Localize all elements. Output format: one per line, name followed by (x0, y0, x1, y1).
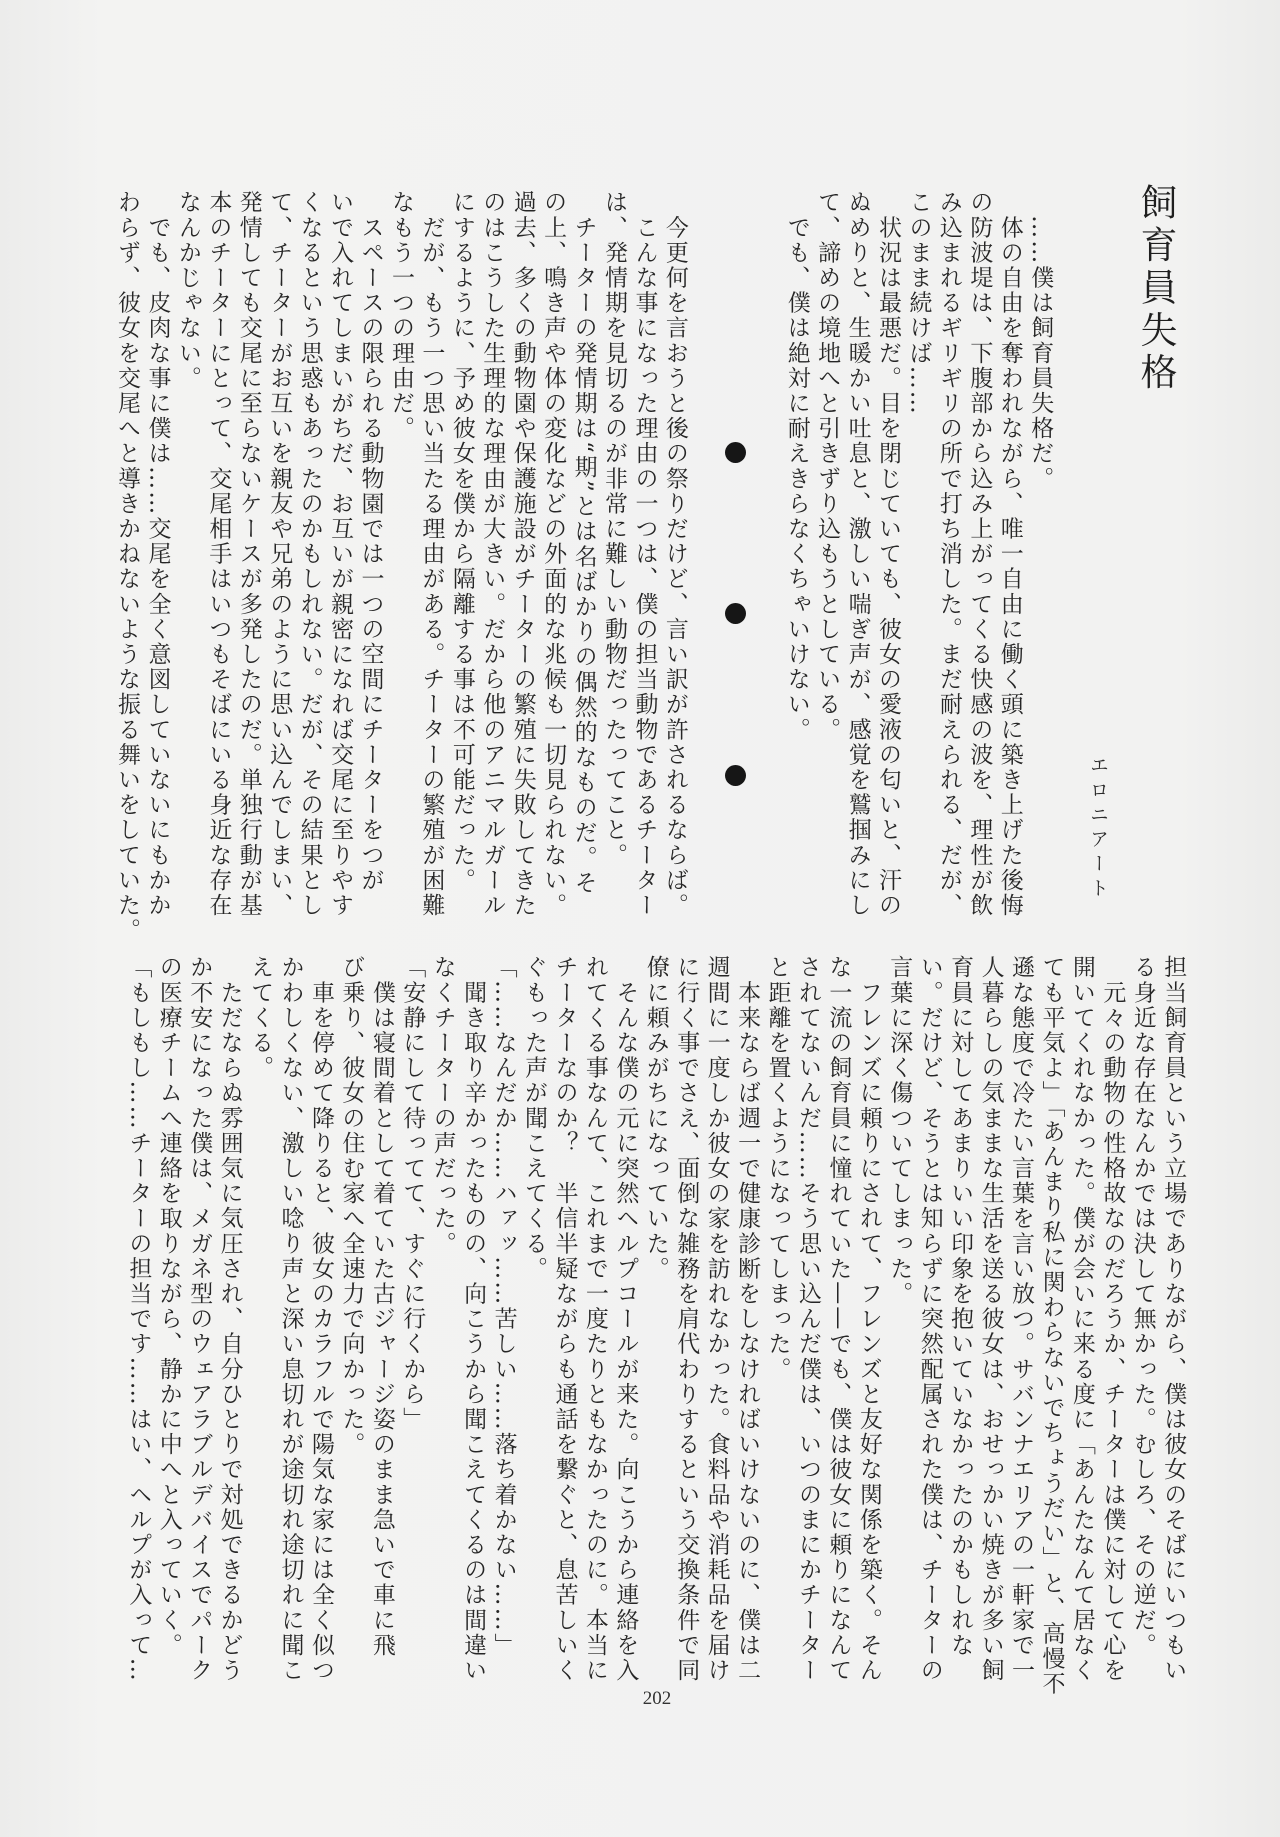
text-column: のはこうした生理的な理由が大きい。だから他のアニマルガール (477, 190, 507, 918)
text-column: だが、もう一つ思い当たる理由がある。チーターの繁殖が困難 (416, 190, 446, 918)
text-column: か不安になった僕は、メガネ型のウェアラブルデバイスでパーク (184, 955, 214, 1683)
text-column: 言葉に深く傷ついてしまった。 (884, 955, 914, 1683)
text-column: いで入れてしまいがちだ、お互いが親密になれば交尾に至りやす (325, 190, 355, 918)
text-column: 遜な態度で冷たい言葉を言い放つ。サバンナエリアの一軒家で一 (1006, 955, 1036, 1683)
text-column: ……僕は飼育員失格だ。 (1025, 190, 1055, 918)
text-column: な一流の飼育員に憧れていた——でも、僕は彼女に頼りになんて (823, 955, 853, 1683)
text-column: 開いてくれなかった。僕が会いに来る度に「あんたなんて居なく (1066, 955, 1096, 1683)
text-column: えてくる。 (245, 955, 275, 1683)
text-column: の防波堤は、下腹部から込み上がってくる快感の波を、理性が飲 (964, 190, 994, 918)
text-column: ぐもった声が聞こえてくる。 (519, 955, 549, 1683)
text-column: このまま続けば…… (903, 190, 933, 918)
separator-bullet: ● (725, 603, 746, 624)
text-column: かわしくない、激しい唸り声と深い息切れが途切れ途切れに聞こ (275, 955, 305, 1683)
text-column: 人暮らしの気ままな生活を送る彼女は、おせっかい焼きが多い飼 (975, 955, 1005, 1683)
text-column: に行く事でさえ、面倒な雑務を肩代わりするという交換条件で同 (671, 955, 701, 1683)
text-column: い。だけど、そうとは知らずに突然配属された僕は、チーターの (914, 955, 944, 1683)
text-column: にするように、予め彼女を僕から隔離する事は不可能だった。 (446, 190, 476, 918)
text-column: 僚に頼みがちになっていた。 (640, 955, 670, 1683)
text-column: ても平気よ」「あんまり私に関わらないでちょうだい」と、高慢不 (1036, 955, 1066, 1683)
text-column: そんな僕の元に突然ヘルプコールが来た。向こうから連絡を入 (610, 955, 640, 1683)
text-column: 週間に一度しか彼女の家を訪れなかった。食料品や消耗品を届け (701, 955, 731, 1683)
text-column: の上、鳴き声や体の変化などの外面的な兆候も一切見られない。 (538, 190, 568, 918)
text-column: 担当飼育員という立場でありながら、僕は彼女のそばにいつもい (1158, 955, 1188, 1683)
text-column: と距離を置くようになってしまった。 (762, 955, 792, 1683)
separator-bullet: ● (725, 442, 746, 463)
text-column: なんかじゃない。 (172, 190, 202, 918)
text-column: て、チーターがお互いを親友や兄弟のように思い込んでしまい、 (264, 190, 294, 918)
section-separator: ● ● ● (690, 190, 781, 918)
text-column: スペースの限られる動物園では一つの空間にチーターをつが (355, 190, 385, 918)
bottom-tier: 担当飼育員という立場でありながら、僕は彼女のそばにいつもい る身近な存在なんかで… (122, 955, 1188, 1683)
text-column: なくチーターの声だった。 (427, 955, 457, 1683)
text-column: 「……なんだか……ハァッ……苦しい……落ち着かない……」 (488, 955, 518, 1683)
text-column: み込まれるギリギリの所で打ち消した。まだ耐えられる、だが、 (933, 190, 963, 918)
text-column: 状況は最悪だ。目を閉じていても、彼女の愛液の匂いと、汗の (873, 190, 903, 918)
text-column: チーターなのか？ 半信半疑ながらも通話を繋ぐと、息苦しいく (549, 955, 579, 1683)
text-column: び乗り、彼女の住む家へ全速力で向かった。 (336, 955, 366, 1683)
text-column: 本来ならば週一で健康診断をしなければいけないのに、僕は二 (732, 955, 762, 1683)
text-column: 過去、多くの動物園や保護施設がチーターの繁殖に失敗してきた (507, 190, 537, 918)
text-column: でも、僕は絶対に耐えきらなくちゃいけない。 (781, 190, 811, 918)
text-column: 本のチーターにとって、交尾相手はいつもそばにいる身近な存在 (203, 190, 233, 918)
text-column: る身近な存在なんかでは決して無かった。むしろ、その逆だ。 (1127, 955, 1157, 1683)
text-column: なもう一つの理由だ。 (386, 190, 416, 918)
page-number: 202 (643, 1688, 672, 1710)
text-column: 体の自由を奪われながら、唯一自由に働く頭に築き上げた後悔 (994, 190, 1024, 918)
separator-bullet: ● (725, 765, 746, 786)
top-tier: ……僕は飼育員失格だ。 体の自由を奪われながら、唯一自由に働く頭に築き上げた後悔… (111, 190, 1055, 918)
text-column: くなるという思惑もあったのかもしれない。だが、その結果とし (294, 190, 324, 918)
text-column: 元々の動物の性格故なのだろうか、チーターは僕に対して心を (1097, 955, 1127, 1683)
text-column: 「もしもし……チーターの担当です……はい、ヘルプが入って… (123, 955, 153, 1683)
text-column: の医療チームへ連絡を取りながら、静かに中へと入っていく。 (153, 955, 183, 1683)
text-column: でも、皮肉な事に僕は……交尾を全く意図していないにもかか (142, 190, 172, 918)
text-column: 「安静にして待ってて、すぐに行くから」 (397, 955, 427, 1683)
text-column: れてくる事なんて、これまで一度たりともなかったのに。本当に (579, 955, 609, 1683)
text-column: て、諦めの境地へと引きずり込もうとしている。 (812, 190, 842, 918)
text-column: わらず、彼女を交尾へと導きかねないような振る舞いをしていた。 (112, 190, 142, 918)
text-column: ただならぬ雰囲気に気圧され、自分ひとりで対処できるかどう (214, 955, 244, 1683)
text-column: こんな事になった理由の一つは、僕の担当動物であるチーター (629, 190, 659, 918)
text-column: 発情しても交尾に至らないケースが多発したのだ。単独行動が基 (233, 190, 263, 918)
text-column: 車を停めて降りると、彼女のカラフルで陽気な家には全く似つ (306, 955, 336, 1683)
text-column: 育員に対してあまりいい印象を抱いていなかったのかもしれな (945, 955, 975, 1683)
text-column: チーターの発情期は“期”とは名ばかりの偶然的なものだ。そ (568, 190, 598, 918)
text-column: ぬめりと、生暖かい吐息と、激しい喘ぎ声が、感覚を鷲掴みにし (842, 190, 872, 918)
text-column: されてないんだ……そう思い込んだ僕は、いつのまにかチーター (793, 955, 823, 1683)
text-column: 今更何を言おうと後の祭りだけど、言い訳が許されるならば。 (659, 190, 689, 918)
story-title: 飼育員失格 (1134, 183, 1176, 395)
author-name: エロニアート (1086, 755, 1110, 903)
text-column: 聞き取り辛かったものの、向こうから聞こえてくるのは間違い (458, 955, 488, 1683)
text-column: 僕は寝間着として着ていた古ジャージ姿のまま急いで車に飛 (366, 955, 396, 1683)
text-column: は、発情期を見切るのが非常に難しい動物だったってこと。 (599, 190, 629, 918)
text-column: フレンズに頼りにされて、フレンズと友好な関係を築く。そん (853, 955, 883, 1683)
